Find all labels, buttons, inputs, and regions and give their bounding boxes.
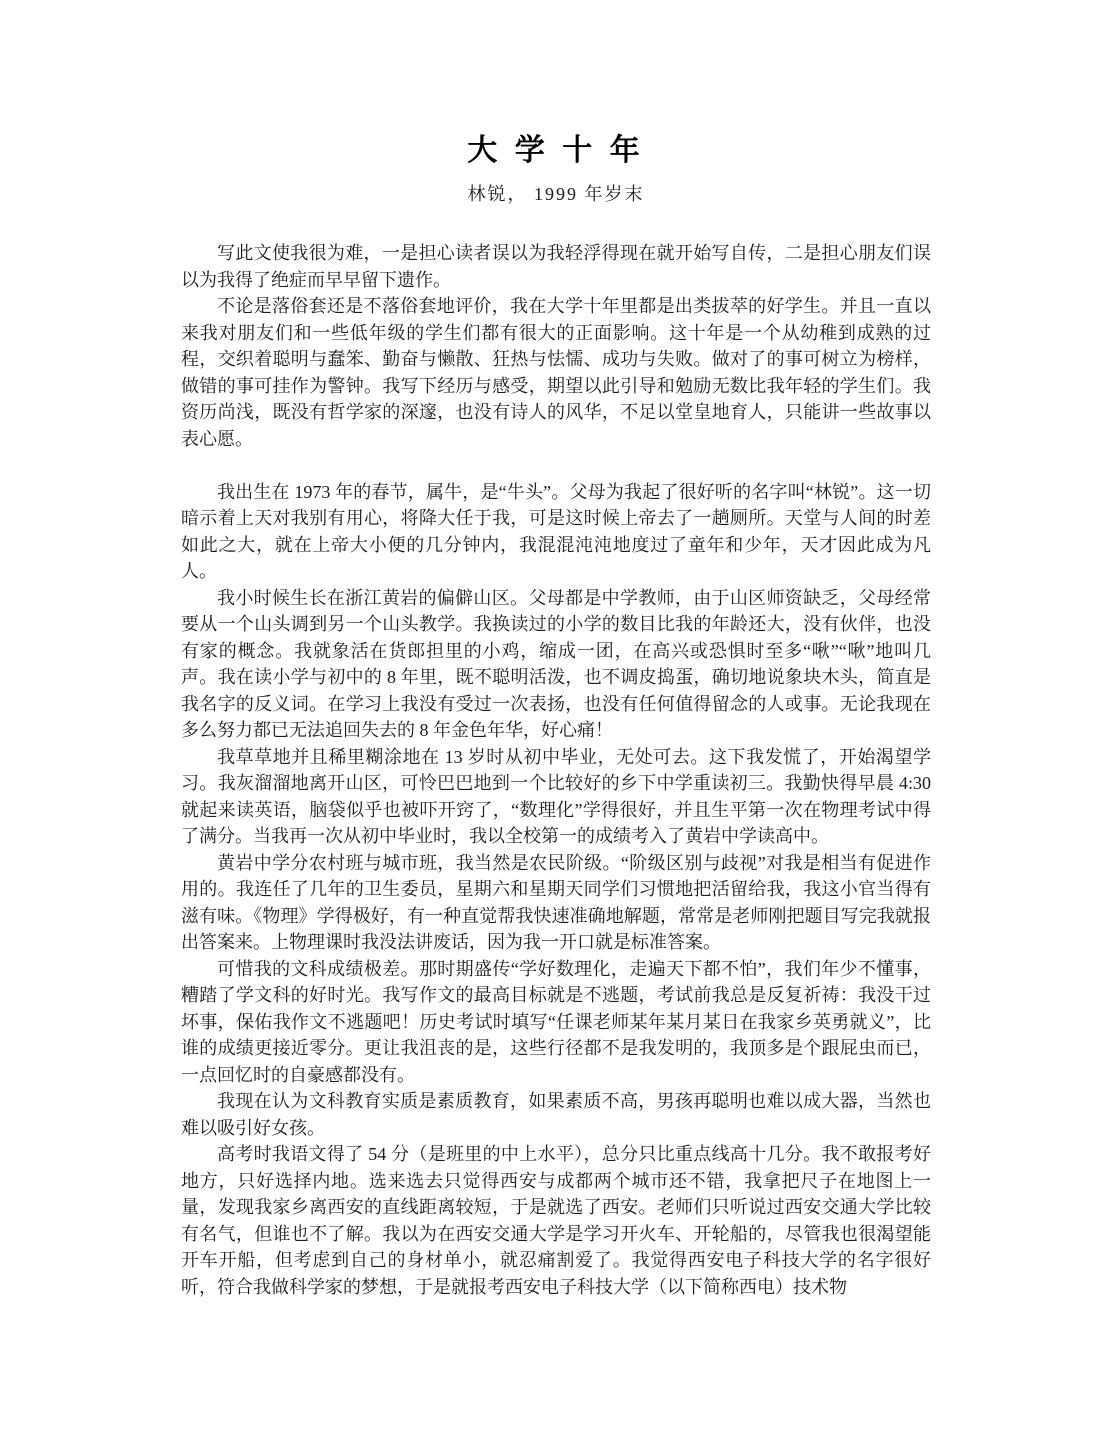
paragraph-childhood: 我小时候生长在浙江黄岩的偏僻山区。父母都是中学教师，由于山区师资缺乏，父母经常要…	[181, 585, 931, 744]
paragraph-college-entrance: 高考时我语文得了 54 分（是班里的中上水平），总分只比重点线高十几分。我不敢报…	[181, 1141, 931, 1300]
paragraph-preface-1: 写此文使我很为难，一是担心读者误以为我轻浮得现在就开始写自传，二是担心朋友们误以…	[181, 240, 931, 293]
paragraph-quality-education: 我现在认为文科教育实质是素质教育，如果素质不高，男孩再聪明也难以成大器，当然也难…	[181, 1088, 931, 1141]
paragraph-junior-high: 我草草地并且稀里糊涂地在 13 岁时从初中毕业，无处可去。这下我发慌了，开始渴望…	[181, 744, 931, 850]
document-page: 大 学 十 年 林锐， 1999 年岁末 写此文使我很为难，一是担心读者误以为我…	[0, 0, 1113, 1440]
paragraph-preface-2: 不论是落俗套还是不落俗套地评价，我在大学十年里都是出类拔萃的好学生。并且一直以来…	[181, 293, 931, 452]
paragraph-senior-high: 黄岩中学分农村班与城市班，我当然是农民阶级。“阶级区别与歧视”对我是相当有促进作…	[181, 850, 931, 956]
document-byline: 林锐， 1999 年岁末	[181, 182, 931, 206]
document-content: 大 学 十 年 林锐， 1999 年岁末 写此文使我很为难，一是担心读者误以为我…	[181, 0, 931, 1300]
paragraph-birth: 我出生在 1973 年的春节，属牛，是“牛头”。父母为我起了很好听的名字叫“林锐…	[181, 479, 931, 585]
paragraph-liberal-arts: 可惜我的文科成绩极差。那时期盛传“学好数理化，走遍天下都不怕”，我们年少不懂事，…	[181, 956, 931, 1089]
document-title: 大 学 十 年	[181, 133, 931, 169]
document-body: 写此文使我很为难，一是担心读者误以为我轻浮得现在就开始写自传，二是担心朋友们误以…	[181, 240, 931, 1300]
section-break	[181, 452, 931, 479]
